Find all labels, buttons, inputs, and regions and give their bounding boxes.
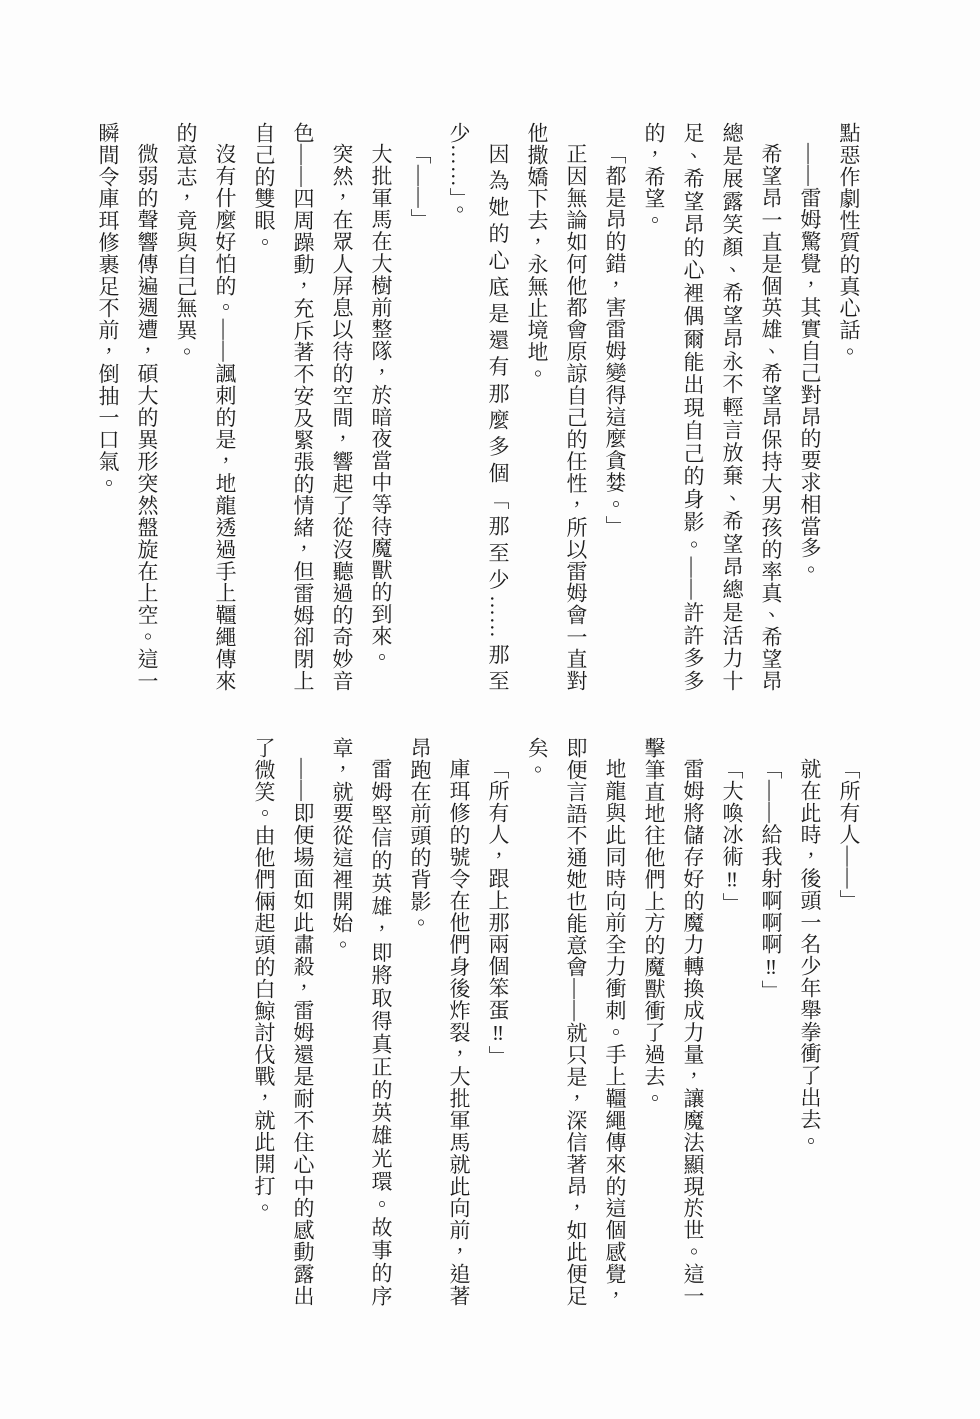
- paragraph: 「所有人——」: [829, 737, 868, 1307]
- paragraph: 大批軍馬在大樹前整隊，於暗夜當中等待魔獸的到來。: [361, 122, 400, 692]
- paragraph: 正因無論如何他都會原諒自己的任性，所以雷姆會一直對他撒嬌下去，永無止境地。: [517, 122, 595, 692]
- paragraph: 沒有什麼好怕的。——諷刺的是，地龍透過手上韁繩傳來的意志，竟與自己無異。: [166, 122, 244, 692]
- paragraph: 因為她的心底是還有那麼多個「那至少……那至少……」。: [439, 122, 517, 692]
- paragraph: 地龍與此同時向前全力衝刺。手上韁繩傳來的這個感覺，即便言語不通她也能意會——就只…: [517, 737, 634, 1307]
- paragraph: 希望昂一直是個英雄、希望昂保持大男孩的率真、希望昂總是展露笑顏、希望昂永不輕言放…: [634, 122, 790, 692]
- paragraph: ——即便場面如此肅殺，雷姆還是耐不住心中的感動露出了微笑。由他們倆起頭的白鯨討伐…: [244, 737, 322, 1307]
- paragraph: 點惡作劇性質的真心話。: [829, 122, 868, 692]
- paragraph: 突然，在眾人屏息以待的空間，響起了從沒聽過的奇妙音色——四周躁動，充斥著不安及緊…: [244, 122, 361, 692]
- paragraph: 庫珥修的號令在他們身後炸裂，大批軍馬就此向前，追著昂跑在前頭的背影。: [400, 737, 478, 1307]
- paragraph: 雷姆堅信的英雄，即將取得真正的英雄光環。故事的序章，就要從這裡開始。: [322, 737, 400, 1307]
- paragraph: 就在此時，後頭一名少年舉拳衝了出去。: [790, 737, 829, 1307]
- paragraph: 「所有人，跟上那兩個笨蛋‼」: [478, 737, 517, 1307]
- text-block-top: 點惡作劇性質的真心話。 ——雷姆驚覺，其實自己對昂的要求相當多。 希望昂一直是個…: [88, 122, 868, 692]
- paragraph: 「都是昂的錯，害雷姆變得這麼貪婪。」: [595, 122, 634, 692]
- paragraph: 「——」: [400, 122, 439, 692]
- book-page: 點惡作劇性質的真心話。 ——雷姆驚覺，其實自己對昂的要求相當多。 希望昂一直是個…: [0, 0, 980, 1419]
- paragraph: 「——給我射啊啊啊‼」: [751, 737, 790, 1307]
- paragraph: ——雷姆驚覺，其實自己對昂的要求相當多。: [790, 122, 829, 692]
- paragraph: 微弱的聲響傳遍週遭，碩大的異形突然盤旋在上空。這一瞬間令庫珥修裹足不前，倒抽一口…: [88, 122, 166, 692]
- paragraph: 雷姆將儲存好的魔力轉換成力量，讓魔法顯現於世。這一擊筆直地往他們上方的魔獸衝了過…: [634, 737, 712, 1307]
- paragraph: 「大喚冰術‼」: [712, 737, 751, 1307]
- text-block-bottom: 「所有人——」 就在此時，後頭一名少年舉拳衝了出去。 「——給我射啊啊啊‼」 「…: [244, 737, 868, 1307]
